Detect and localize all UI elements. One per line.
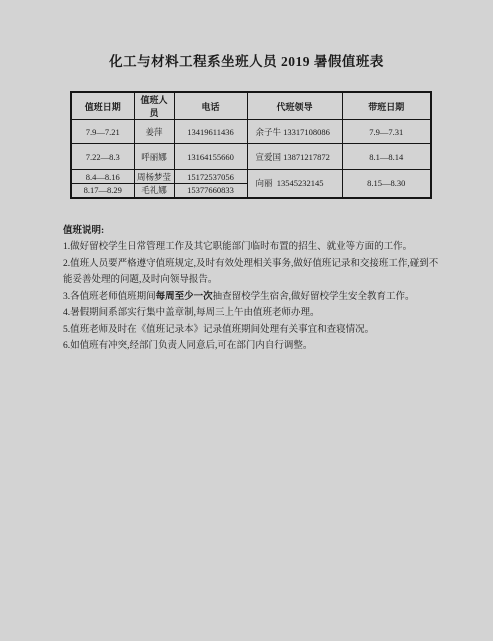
duty-date-cell: 8.4—8.16 [71, 170, 134, 184]
leader-cell: 余子牛 13317108086 [247, 120, 342, 144]
lead-date-cell: 7.9—7.31 [342, 120, 431, 144]
person-cell: 周杨梦莹 [134, 170, 174, 184]
note-item-3-pre: 3.各值班老师值班期间 [63, 292, 156, 302]
header-leader: 代班领导 [247, 92, 342, 120]
duty-date-cell: 8.17—8.29 [71, 184, 134, 198]
note-item-6: 6.如值班有冲突,经部门负责人同意后,可在部门内自行调整。 [63, 338, 445, 355]
header-duty-date: 值班日期 [71, 92, 134, 120]
phone-cell: 13164155660 [174, 144, 247, 170]
lead-date-cell: 8.1—8.14 [342, 144, 431, 170]
phone-cell: 15377660833 [174, 184, 247, 198]
document-page: 化工与材料工程系坐班人员 2019 暑假值班表 值班日期 值班人员 电话 代班领… [0, 0, 493, 641]
duty-date-cell: 7.9—7.21 [71, 120, 134, 144]
header-phone: 电话 [174, 92, 247, 120]
person-cell: 毛礼娜 [134, 184, 174, 198]
leader-cell: 宣爱国 13871217872 [247, 144, 342, 170]
duty-date-cell: 7.22—8.3 [71, 144, 134, 170]
lead-date-cell-merged: 8.15—8.30 [342, 170, 431, 198]
person-cell: 呼丽娜 [134, 144, 174, 170]
phone-cell: 15172537056 [174, 170, 247, 184]
note-item-4: 4.暑假期间系部实行集中盖章制,每周三上午由值班老师办理。 [63, 305, 445, 322]
phone-cell: 13419611436 [174, 120, 247, 144]
note-item-5: 5.值班老师及时在《值班记录本》记录值班期间处理有关事宜和查寝情况。 [63, 322, 445, 339]
note-item-3: 3.各值班老师值班期间每周至少一次抽查留校学生宿舍,做好留校学生安全教育工作。 [63, 289, 445, 306]
note-item-2: 2.值班人员要严格遵守值班规定,及时有效处理相关事务,做好值班记录和交接班工作,… [63, 256, 445, 289]
note-item-1: 1.做好留校学生日常管理工作及其它职能部门临时布置的招生、就业等方面的工作。 [63, 239, 445, 256]
note-item-3-post: 抽查留校学生宿舍,做好留校学生安全教育工作。 [213, 292, 415, 302]
duty-schedule-table: 值班日期 值班人员 电话 代班领导 带班日期 7.9—7.21 姜萍 13419… [70, 91, 432, 199]
person-cell: 姜萍 [134, 120, 174, 144]
header-lead-date: 带班日期 [342, 92, 431, 120]
table-row: 7.9—7.21 姜萍 13419611436 余子牛 13317108086 … [71, 120, 431, 144]
leader-cell-merged: 向丽 13545232145 [247, 170, 342, 198]
table-row: 7.22—8.3 呼丽娜 13164155660 宣爱国 13871217872… [71, 144, 431, 170]
table-row: 8.4—8.16 周杨梦莹 15172537056 向丽 13545232145… [71, 170, 431, 184]
header-person: 值班人员 [134, 92, 174, 120]
duty-notes-section: 值班说明: 1.做好留校学生日常管理工作及其它职能部门临时布置的招生、就业等方面… [63, 223, 445, 355]
table-header-row: 值班日期 值班人员 电话 代班领导 带班日期 [71, 92, 431, 120]
note-item-3-bold: 每周至少一次 [156, 292, 213, 302]
notes-heading: 值班说明: [63, 223, 445, 240]
page-title: 化工与材料工程系坐班人员 2019 暑假值班表 [0, 0, 493, 70]
